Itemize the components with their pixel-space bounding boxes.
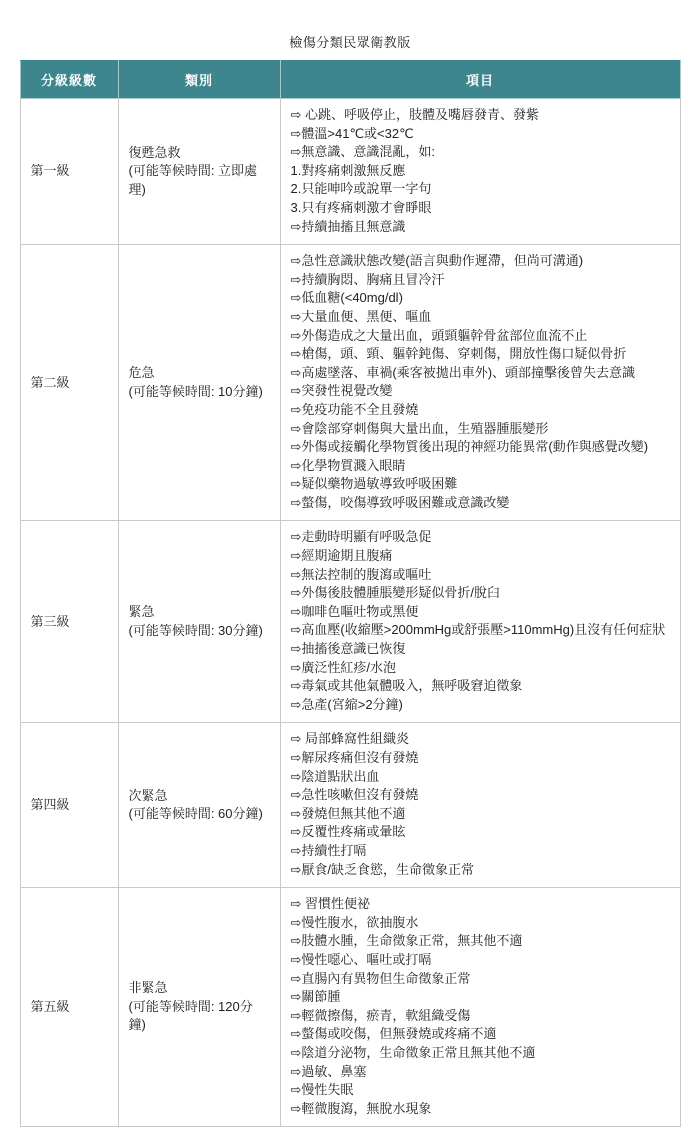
item-line: ⇨外傷後肢體腫脹變形疑似骨折/脫臼	[291, 584, 670, 603]
item-line: ⇨慢性失眠	[291, 1081, 670, 1100]
triage-table: 分級級數 類別 項目 第一級 復甦急救 (可能等候時間: 立即處理) ⇨ 心跳、…	[20, 60, 681, 1127]
wait-time: (可能等候時間: 10分鐘)	[129, 383, 270, 402]
item-line: ⇨無法控制的腹瀉或嘔吐	[291, 566, 670, 585]
item-line: ⇨過敏、鼻塞	[291, 1063, 670, 1082]
item-line: ⇨急產(宮縮>2分鐘)	[291, 696, 670, 715]
item-line: ⇨免疫功能不全且發燒	[291, 401, 670, 420]
page-title: 檢傷分類民眾衛教版	[0, 0, 700, 51]
category-name: 次緊急	[129, 787, 270, 806]
item-line: ⇨直腸內有異物但生命徵象正常	[291, 970, 670, 989]
item-line: ⇨急性咳嗽但沒有發燒	[291, 786, 670, 805]
header-cell-items: 項目	[280, 61, 680, 99]
item-line: ⇨ 局部蜂窩性組織炎	[291, 730, 670, 749]
wait-time: (可能等候時間: 60分鐘)	[129, 805, 270, 824]
items-cell: ⇨走動時明顯有呼吸急促⇨經期逾期且腹痛⇨無法控制的腹瀉或嘔吐⇨外傷後肢體腫脹變形…	[280, 521, 680, 723]
item-line: ⇨走動時明顯有呼吸急促	[291, 528, 670, 547]
level-cell: 第三級	[20, 521, 118, 723]
item-line: 2.只能呻吟或說單一字句	[291, 180, 670, 199]
item-line: ⇨厭食/缺乏食慾，生命徵象正常	[291, 861, 670, 880]
category-cell: 危急 (可能等候時間: 10分鐘)	[118, 245, 280, 521]
item-line: ⇨持續抽搐且無意識	[291, 218, 670, 237]
item-line: ⇨持續性打嗝	[291, 842, 670, 861]
items-cell: ⇨ 局部蜂窩性組織炎⇨解尿疼痛但沒有發燒⇨陰道點狀出血⇨急性咳嗽但沒有發燒⇨發燒…	[280, 723, 680, 888]
item-line: ⇨突發性視覺改變	[291, 382, 670, 401]
item-line: ⇨螫傷，咬傷導致呼吸困難或意識改變	[291, 494, 670, 513]
table-row: 第三級 緊急 (可能等候時間: 30分鐘) ⇨走動時明顯有呼吸急促⇨經期逾期且腹…	[20, 521, 680, 723]
category-cell: 次緊急 (可能等候時間: 60分鐘)	[118, 723, 280, 888]
item-line: ⇨發燒但無其他不適	[291, 805, 670, 824]
item-line: ⇨低血糖(<40mg/dl)	[291, 289, 670, 308]
header-cell-category: 類別	[118, 61, 280, 99]
item-line: ⇨急性意識狀態改變(語言與動作遲滯，但尚可溝通)	[291, 252, 670, 271]
item-line: ⇨大量血便、黑便、嘔血	[291, 308, 670, 327]
item-line: ⇨輕微擦傷，瘀青，軟組織受傷	[291, 1007, 670, 1026]
items-cell: ⇨急性意識狀態改變(語言與動作遲滯，但尚可溝通)⇨持續胸悶、胸痛且冒冷汗⇨低血糖…	[280, 245, 680, 521]
category-name: 危急	[129, 364, 270, 383]
category-cell: 緊急 (可能等候時間: 30分鐘)	[118, 521, 280, 723]
table-row: 第五級 非緊急 (可能等候時間: 120分鐘) ⇨ 習慣性便祕⇨慢性腹水，欲抽腹…	[20, 888, 680, 1127]
table-row: 第一級 復甦急救 (可能等候時間: 立即處理) ⇨ 心跳、呼吸停止，肢體及嘴唇發…	[20, 99, 680, 245]
wait-time: (可能等候時間: 120分鐘)	[129, 998, 270, 1035]
category-cell: 非緊急 (可能等候時間: 120分鐘)	[118, 888, 280, 1127]
items-cell: ⇨ 心跳、呼吸停止，肢體及嘴唇發青、發紫⇨體溫>41℃或<32℃⇨無意識、意識混…	[280, 99, 680, 245]
item-line: ⇨咖啡色嘔吐物或黑便	[291, 603, 670, 622]
table-row: 第二級 危急 (可能等候時間: 10分鐘) ⇨急性意識狀態改變(語言與動作遲滯，…	[20, 245, 680, 521]
level-cell: 第四級	[20, 723, 118, 888]
item-line: ⇨關節腫	[291, 988, 670, 1007]
items-cell: ⇨ 習慣性便祕⇨慢性腹水，欲抽腹水⇨肢體水腫，生命徵象正常，無其他不適⇨慢性噁心…	[280, 888, 680, 1127]
item-line: ⇨毒氣或其他氣體吸入，無呼吸窘迫徵象	[291, 677, 670, 696]
item-line: ⇨高處墜落、車禍(乘客被拋出車外)、頭部撞擊後曾失去意識	[291, 364, 670, 383]
item-line: ⇨輕微腹瀉，無脫水現象	[291, 1100, 670, 1119]
item-line: ⇨ 心跳、呼吸停止，肢體及嘴唇發青、發紫	[291, 106, 670, 125]
header-row: 分級級數 類別 項目	[20, 61, 680, 99]
wait-time: (可能等候時間: 30分鐘)	[129, 622, 270, 641]
item-line: ⇨會陰部穿刺傷與大量出血，生殖器腫脹變形	[291, 420, 670, 439]
category-name: 緊急	[129, 603, 270, 622]
item-line: ⇨慢性噁心、嘔吐或打嗝	[291, 951, 670, 970]
item-line: ⇨慢性腹水，欲抽腹水	[291, 914, 670, 933]
item-line: ⇨持續胸悶、胸痛且冒冷汗	[291, 271, 670, 290]
item-line: ⇨抽搐後意識已恢復	[291, 640, 670, 659]
level-cell: 第一級	[20, 99, 118, 245]
category-name: 復甦急救	[129, 144, 270, 163]
item-line: 3.只有疼痛刺激才會睜眼	[291, 199, 670, 218]
item-line: ⇨螫傷或咬傷，但無發燒或疼痛不適	[291, 1025, 670, 1044]
item-line: ⇨解尿疼痛但沒有發燒	[291, 749, 670, 768]
category-name: 非緊急	[129, 979, 270, 998]
item-line: ⇨外傷或接觸化學物質後出現的神經功能異常(動作與感覺改變)	[291, 438, 670, 457]
item-line: ⇨經期逾期且腹痛	[291, 547, 670, 566]
table-row: 第四級 次緊急 (可能等候時間: 60分鐘) ⇨ 局部蜂窩性組織炎⇨解尿疼痛但沒…	[20, 723, 680, 888]
level-cell: 第二級	[20, 245, 118, 521]
category-cell: 復甦急救 (可能等候時間: 立即處理)	[118, 99, 280, 245]
item-line: ⇨肢體水腫，生命徵象正常，無其他不適	[291, 932, 670, 951]
item-line: ⇨高血壓(收縮壓>200mmHg或舒張壓>110mmHg)且沒有任何症狀	[291, 621, 670, 640]
header-cell-level: 分級級數	[20, 61, 118, 99]
item-line: ⇨槍傷，頭、頸、軀幹鈍傷、穿刺傷，開放性傷口疑似骨折	[291, 345, 670, 364]
item-line: ⇨ 習慣性便祕	[291, 895, 670, 914]
item-line: ⇨外傷造成之大量出血，頭頸軀幹骨盆部位血流不止	[291, 327, 670, 346]
item-line: ⇨陰道點狀出血	[291, 768, 670, 787]
item-line: ⇨化學物質濺入眼睛	[291, 457, 670, 476]
wait-time: (可能等候時間: 立即處理)	[129, 162, 270, 199]
item-line: ⇨反覆性疼痛或暈眩	[291, 823, 670, 842]
level-cell: 第五級	[20, 888, 118, 1127]
item-line: ⇨廣泛性紅疹/水泡	[291, 659, 670, 678]
item-line: ⇨疑似藥物過敏導致呼吸困難	[291, 475, 670, 494]
item-line: ⇨陰道分泌物，生命徵象正常且無其他不適	[291, 1044, 670, 1063]
item-line: ⇨無意識、意識混亂，如:	[291, 143, 670, 162]
item-line: 1.對疼痛刺激無反應	[291, 162, 670, 181]
item-line: ⇨體溫>41℃或<32℃	[291, 125, 670, 144]
